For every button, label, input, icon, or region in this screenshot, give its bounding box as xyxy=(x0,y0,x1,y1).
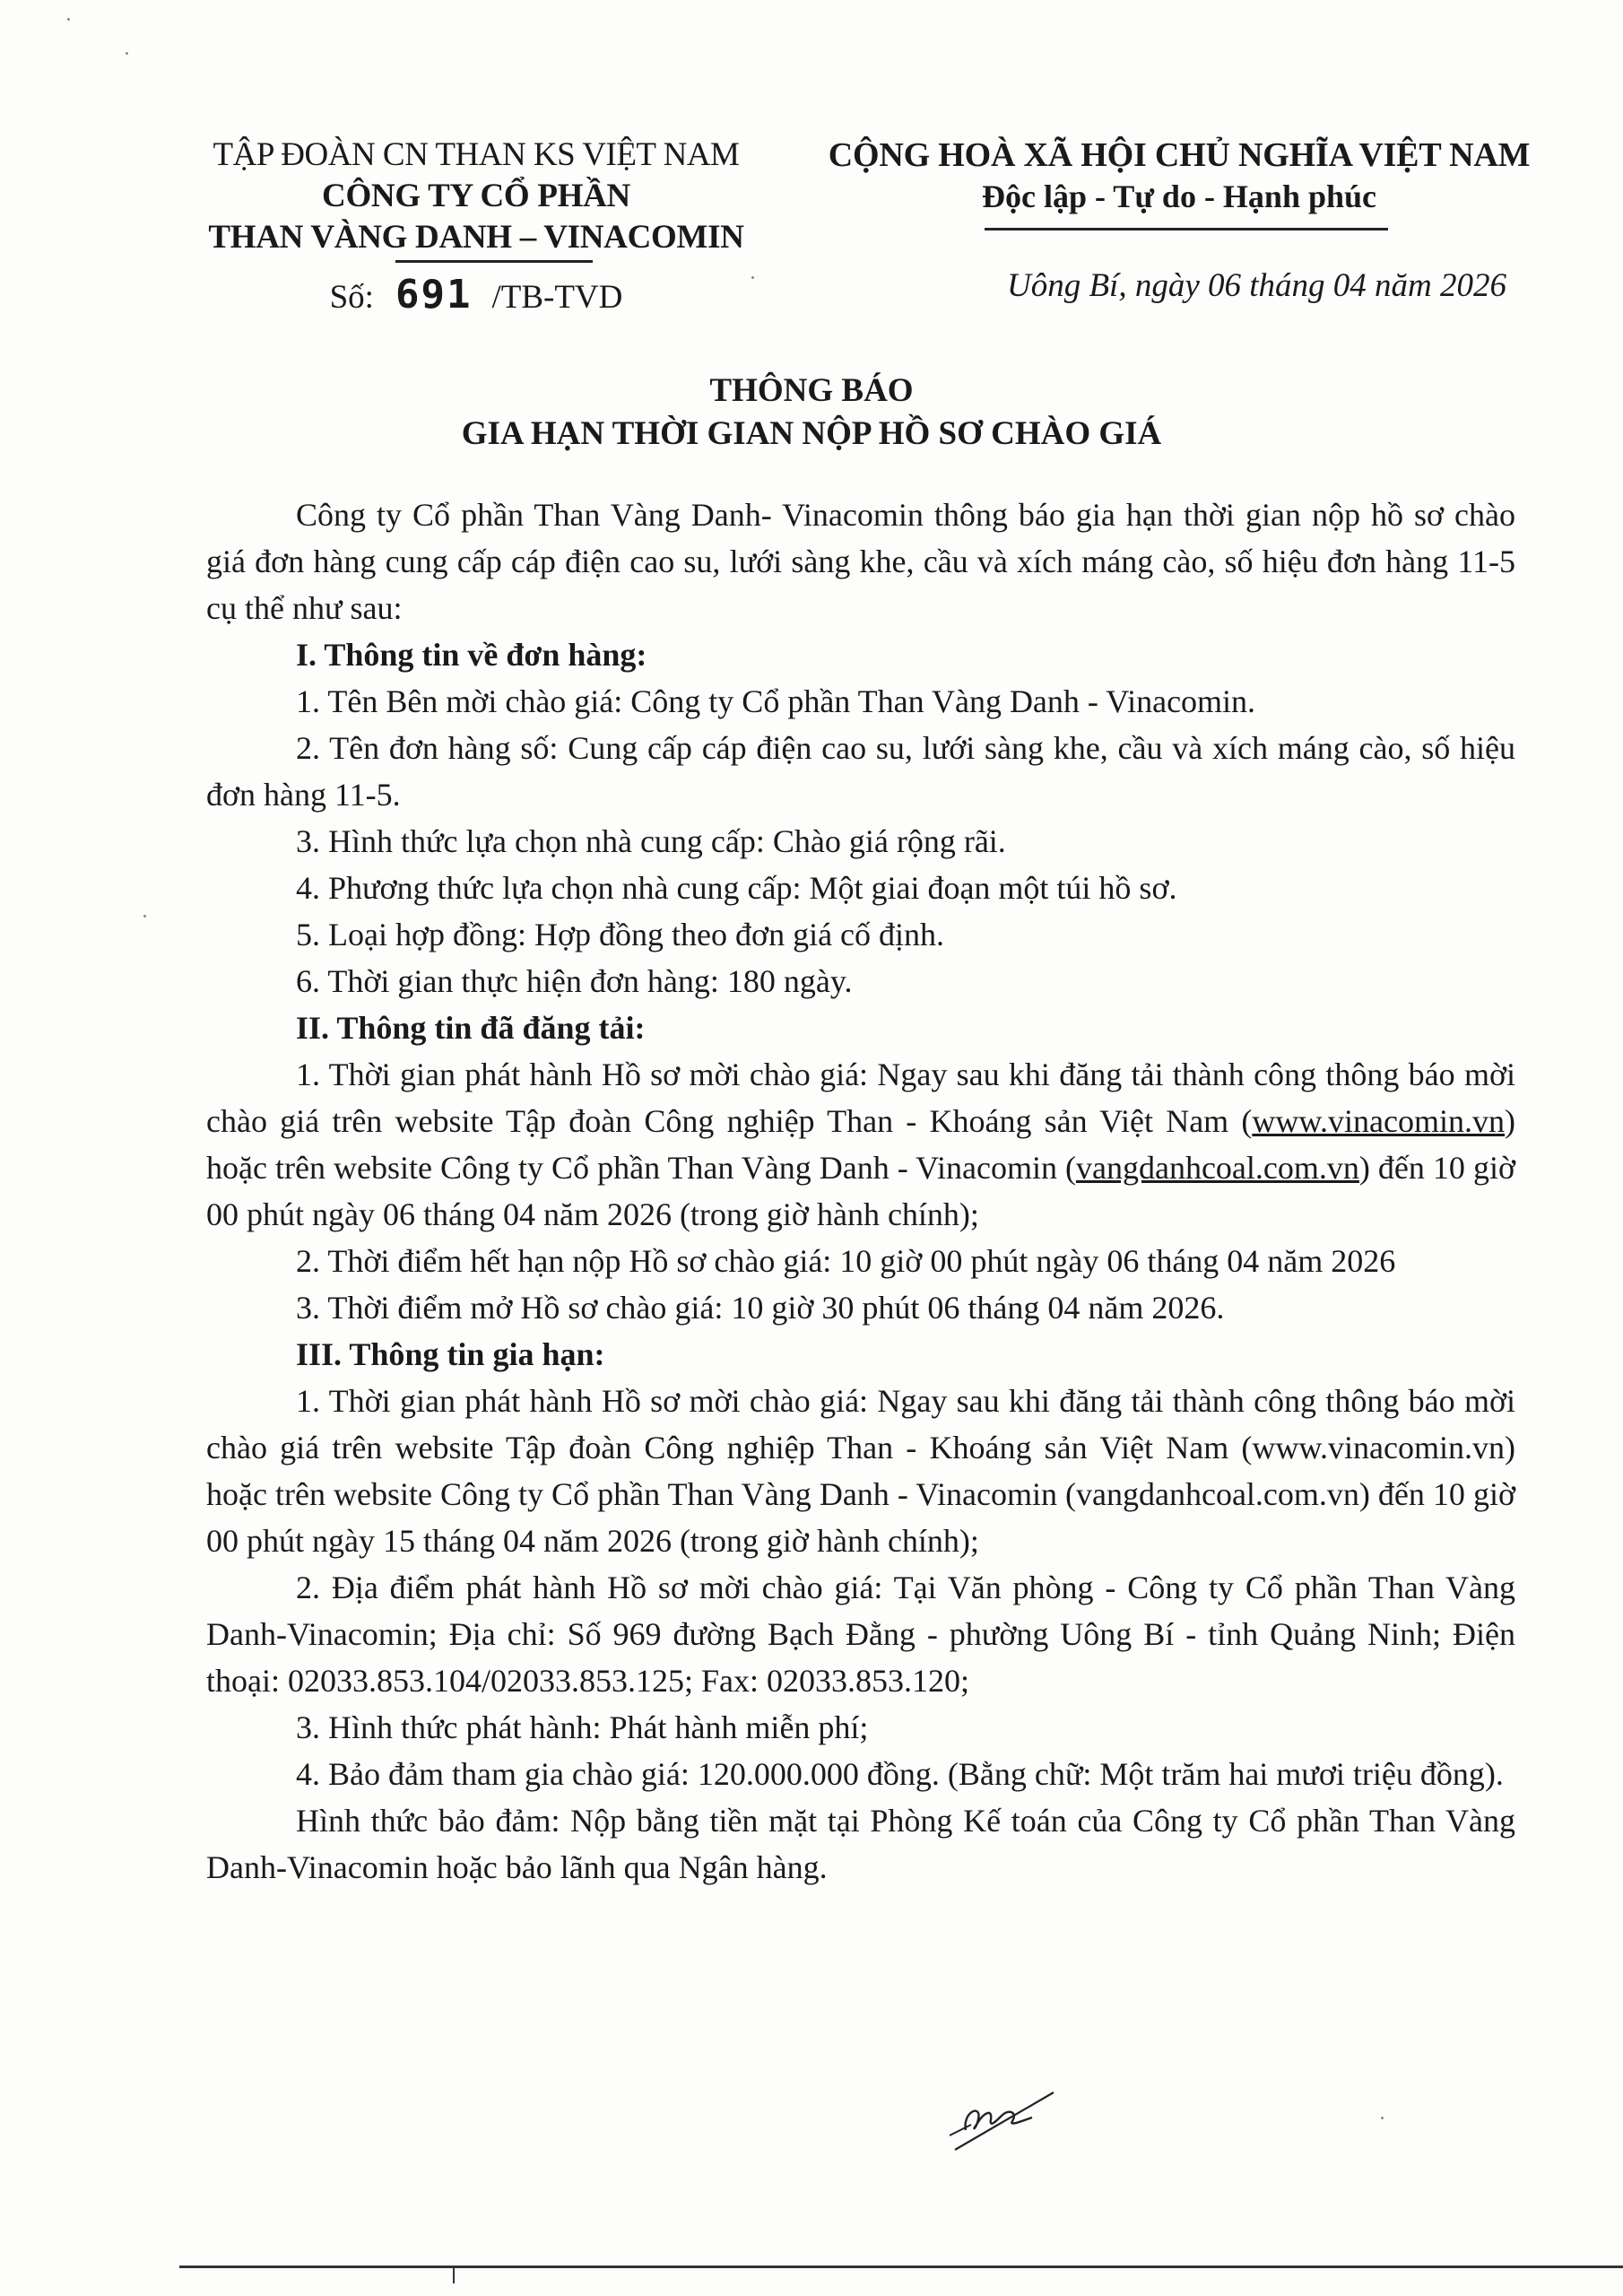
section3-heading: III. Thông tin gia hạn: xyxy=(206,1331,1515,1378)
scan-speck xyxy=(143,915,146,918)
page-bottom-tick xyxy=(453,2266,455,2283)
signature-mark xyxy=(946,2085,1063,2157)
title-line2: GIA HẠN THỜI GIAN NỘP HỒ SƠ CHÀO GIÁ xyxy=(0,413,1623,456)
section1-item-5: 5. Loại hợp đồng: Hợp đồng theo đơn giá … xyxy=(206,911,1515,958)
section3-item-2: 2. Địa điểm phát hành Hồ sơ mời chào giá… xyxy=(206,1564,1515,1704)
company-name-line1: CÔNG TY CỔ PHẦN xyxy=(167,176,785,217)
issuer-underline xyxy=(395,260,593,263)
section1-heading: I. Thông tin về đơn hàng: xyxy=(206,631,1515,678)
title-line1: THÔNG BÁO xyxy=(0,370,1623,413)
place-and-date: Uông Bí, ngày 06 tháng 04 năm 2026 xyxy=(798,266,1560,305)
doc-no-suffix: /TB-TVD xyxy=(491,279,622,316)
section3-item-3: 3. Hình thức phát hành: Phát hành miễn p… xyxy=(206,1704,1515,1751)
intro-paragraph: Công ty Cổ phần Than Vàng Danh- Vinacomi… xyxy=(206,491,1515,631)
national-header: CỘNG HOÀ XÃ HỘI CHỦ NGHĨA VIỆT NAM Độc l… xyxy=(798,135,1560,305)
section3-item-1: 1. Thời gian phát hành Hồ sơ mời chào gi… xyxy=(206,1378,1515,1564)
company-name-line2: THAN VÀNG DANH – VINACOMIN xyxy=(167,217,785,258)
issuer-block: TẬP ĐOÀN CN THAN KS VIỆT NAM CÔNG TY CỔ … xyxy=(167,135,785,317)
scan-speck xyxy=(751,276,754,279)
section2-item-3: 3. Thời điểm mở Hồ sơ chào giá: 10 giờ 3… xyxy=(206,1284,1515,1331)
doc-no-value: 691 xyxy=(395,272,472,317)
vinacomin-link[interactable]: www.vinacomin.vn xyxy=(1252,1103,1505,1139)
document-number: Số:691/TB-TVD xyxy=(167,272,785,317)
section1-item-2: 2. Tên đơn hàng số: Cung cấp cáp điện ca… xyxy=(206,725,1515,818)
document-body: Công ty Cổ phần Than Vàng Danh- Vinacomi… xyxy=(206,491,1515,1891)
section2-heading: II. Thông tin đã đăng tải: xyxy=(206,1004,1515,1051)
section1-item-1: 1. Tên Bên mời chào giá: Công ty Cổ phần… xyxy=(206,678,1515,725)
page-bottom-rule xyxy=(179,2266,1623,2268)
section1-item-3: 3. Hình thức lựa chọn nhà cung cấp: Chào… xyxy=(206,818,1515,865)
section2-item-2: 2. Thời điểm hết hạn nộp Hồ sơ chào giá:… xyxy=(206,1238,1515,1284)
scan-speck xyxy=(126,52,128,55)
motto-underline xyxy=(985,228,1388,230)
national-title: CỘNG HOÀ XÃ HỘI CHỦ NGHĨA VIỆT NAM xyxy=(798,135,1560,176)
section3-item-4: 4. Bảo đảm tham gia chào giá: 120.000.00… xyxy=(206,1751,1515,1797)
vangdanhcoal-link[interactable]: vangdanhcoal.com.vn xyxy=(1076,1150,1359,1186)
document-page: TẬP ĐOÀN CN THAN KS VIỆT NAM CÔNG TY CỔ … xyxy=(0,0,1623,2296)
guarantee-form: Hình thức bảo đảm: Nộp bằng tiền mặt tại… xyxy=(206,1797,1515,1891)
national-motto: Độc lập - Tự do - Hạnh phúc xyxy=(798,176,1560,217)
doc-no-label: Số: xyxy=(330,279,374,316)
section1-item-6: 6. Thời gian thực hiện đơn hàng: 180 ngà… xyxy=(206,958,1515,1004)
document-title: THÔNG BÁO GIA HẠN THỜI GIAN NỘP HỒ SƠ CH… xyxy=(0,370,1623,456)
scan-speck xyxy=(1381,2117,1384,2119)
section2-item-1: 1. Thời gian phát hành Hồ sơ mời chào gi… xyxy=(206,1051,1515,1238)
parent-group-name: TẬP ĐOÀN CN THAN KS VIỆT NAM xyxy=(167,135,785,176)
section1-item-4: 4. Phương thức lựa chọn nhà cung cấp: Mộ… xyxy=(206,865,1515,911)
scan-speck xyxy=(67,18,70,21)
